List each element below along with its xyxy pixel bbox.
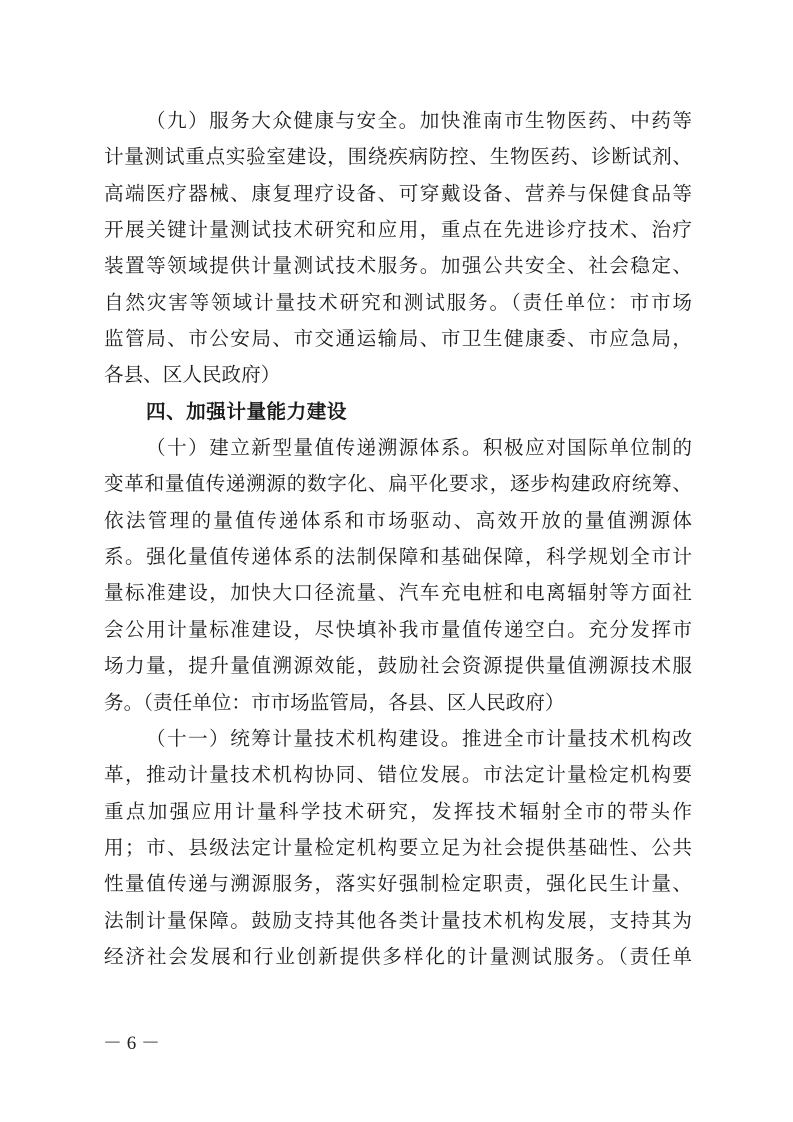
text-line: 开展关键计量测试技术研究和应用，重点在先进诊疗技术、治疗 xyxy=(104,212,692,248)
text-line: 变革和量值传递溯源的数字化、扁平化要求，逐步构建政府统筹、 xyxy=(104,466,692,502)
text-line: 性量值传递与溯源服务，落实好强制检定职责，强化民生计量、 xyxy=(104,866,692,902)
text-line: （十）建立新型量值传递溯源体系。积极应对国际单位制的 xyxy=(104,430,692,466)
paragraph-9: （九）服务大众健康与安全。加快淮南市生物医药、中药等 计量测试重点实验室建设，围… xyxy=(104,103,692,394)
text-line: 用；市、县级法定计量检定机构要立足为社会提供基础性、公共 xyxy=(104,830,692,866)
text-line: 高端医疗器械、康复理疗设备、可穿戴设备、营养与保健食品等 xyxy=(104,176,692,212)
text-line: 装置等领域提供计量测试技术服务。加强公共安全、社会稳定、 xyxy=(104,248,692,284)
text-line: 经济社会发展和行业创新提供多样化的计量测试服务。（责任单 xyxy=(104,939,692,975)
section-heading: 四、加强计量能力建设 xyxy=(104,394,692,430)
paragraph-10: （十）建立新型量值传递溯源体系。积极应对国际单位制的 变革和量值传递溯源的数字化… xyxy=(104,430,692,721)
page-number: － 6 － xyxy=(103,1031,160,1057)
text-line: 会公用计量标准建设，尽快填补我市量值传递空白。充分发挥市 xyxy=(104,612,692,648)
text-line: 系。强化量值传递体系的法制保障和基础保障，科学规划全市计 xyxy=(104,539,692,575)
text-line: 自然灾害等领域计量技术研究和测试服务。（责任单位：市市场 xyxy=(104,285,692,321)
text-line: 计量测试重点实验室建设，围绕疾病防控、生物医药、诊断试剂、 xyxy=(104,139,692,175)
text-line: 量标准建设，加快大口径流量、汽车充电桩和电离辐射等方面社 xyxy=(104,575,692,611)
text-line: 依法管理的量值传递体系和市场驱动、高效开放的量值溯源体 xyxy=(104,503,692,539)
text-line: 务。（责任单位：市市场监管局，各县、区人民政府） xyxy=(104,685,692,721)
document-body: （九）服务大众健康与安全。加快淮南市生物医药、中药等 计量测试重点实验室建设，围… xyxy=(104,103,692,975)
text-line: 革，推动计量技术机构协同、错位发展。市法定计量检定机构要 xyxy=(104,757,692,793)
text-line: 法制计量保障。鼓励支持其他各类计量技术机构发展，支持其为 xyxy=(104,903,692,939)
paragraph-11: （十一）统筹计量技术机构建设。推进全市计量技术机构改 革，推动计量技术机构协同、… xyxy=(104,721,692,975)
text-line: （十一）统筹计量技术机构建设。推进全市计量技术机构改 xyxy=(104,721,692,757)
text-line: 重点加强应用计量科学技术研究，发挥技术辐射全市的带头作 xyxy=(104,794,692,830)
text-line: 监管局、市公安局、市交通运输局、市卫生健康委、市应急局， xyxy=(104,321,692,357)
text-line: 各县、区人民政府） xyxy=(104,357,692,393)
text-line: （九）服务大众健康与安全。加快淮南市生物医药、中药等 xyxy=(104,103,692,139)
text-line: 场力量，提升量值溯源效能，鼓励社会资源提供量值溯源技术服 xyxy=(104,648,692,684)
